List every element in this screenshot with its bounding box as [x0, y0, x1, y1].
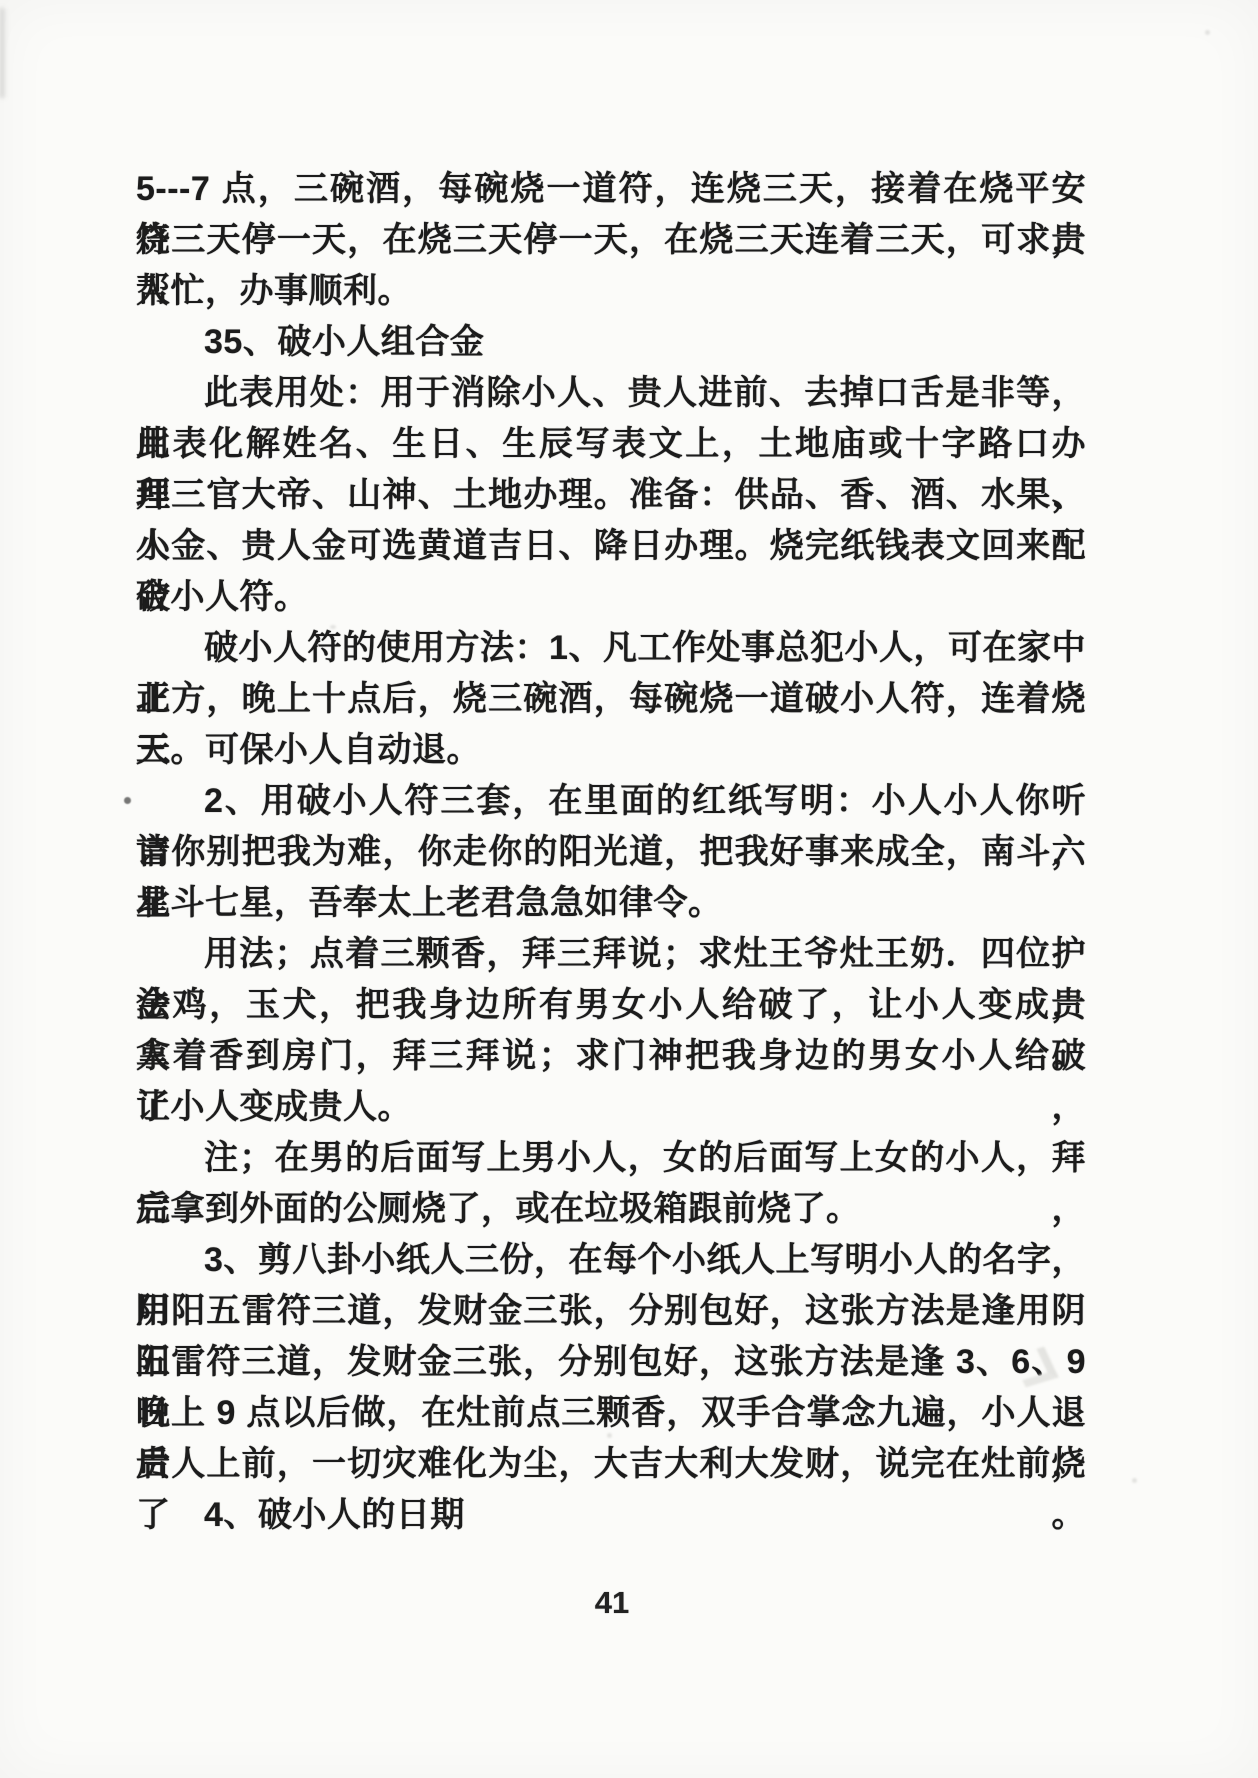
text-line: 注；在男的后面写上男小人，女的后面写上女的小人，拜完，: [136, 1133, 1086, 1184]
scan-speck: [1132, 1478, 1137, 1483]
text-line: 拿着香到房门，拜三拜说；求门神把我身边的男女小人给破了，: [136, 1031, 1086, 1082]
scan-speck: [1205, 30, 1210, 35]
text-line: 北斗七星，吾奉太上老君急急如律令。: [136, 878, 1086, 929]
text-line: 贵人上前，一切灾难化为尘，大吉大利大发财，说完在灶前烧了。: [136, 1439, 1086, 1490]
text-line: 此表化解姓名、生日、生辰写表文上，土地庙或十字路口办理，: [136, 419, 1086, 470]
text-line: 2、用破小人符三套，在里面的红纸写明：小人小人你听言，: [136, 776, 1086, 827]
text-line: 3、剪八卦小纸人三份，在每个小纸人上写明小人的名字，用: [136, 1235, 1086, 1286]
text-line: 35、破小人组合金: [136, 317, 1086, 368]
text-line: 此表用处：用于消除小人、贵人进前、去掉口舌是非等，用: [136, 368, 1086, 419]
scan-edge-smudge: [0, 8, 7, 98]
text-line: 破小人符。: [136, 572, 1086, 623]
text-line: 拜三官大帝、山神、土地办理。准备：供品、香、酒、水果、小: [136, 470, 1086, 521]
text-line: 金鸡，玉犬，把我身边所有男女小人给破了，让小人变成贵人。: [136, 980, 1086, 1031]
text-line: 北方，晚上十点后，烧三碗酒，每碗烧一道破小人符，连着烧三: [136, 674, 1086, 725]
page-number: 41: [562, 1585, 662, 1621]
text-line: 帮忙，办事顺利。: [136, 266, 1086, 317]
text-line: 烧三天停一天，在烧三天停一天，在烧三天连着三天，可求贵人: [136, 215, 1086, 266]
text-line: 人金、贵人金可选黄道吉日、降日办理。烧完纸钱表文回来配合: [136, 521, 1086, 572]
text-line: 请你别把我为难，你走你的阳光道，把我好事来成全，南斗六星: [136, 827, 1086, 878]
text-line: 五雷符三道，发财金三张，分别包好，这张方法是逢 3、6、9 日: [136, 1337, 1086, 1388]
text-line: 天。可保小人自动退。: [136, 725, 1086, 776]
scanned-book-page: 5---7 点，三碗酒，每碗烧一道符，连烧三天，接着在烧平安符，烧三天停一天，在…: [0, 0, 1258, 1778]
text-line: 5---7 点，三碗酒，每碗烧一道符，连烧三天，接着在烧平安符，: [136, 164, 1086, 215]
text-line: 晚上 9 点以后做，在灶前点三颗香，双手合掌念九遍，小人退后，: [136, 1388, 1086, 1439]
scan-speck: [607, 1433, 612, 1438]
text-line: 破小人符的使用方法：1、凡工作处事总犯小人，可在家中正: [136, 623, 1086, 674]
stray-ink-dot: [124, 797, 131, 804]
page-text: 5---7 点，三碗酒，每碗烧一道符，连烧三天，接着在烧平安符，烧三天停一天，在…: [136, 164, 1086, 1541]
scan-speck: [330, 625, 336, 629]
text-line: 用法；点着三颗香，拜三拜说；求灶王爷灶王奶．四位护法，: [136, 929, 1086, 980]
text-line: 阴阳五雷符三道，发财金三张，分别包好，这张方法是逢用阴阳: [136, 1286, 1086, 1337]
